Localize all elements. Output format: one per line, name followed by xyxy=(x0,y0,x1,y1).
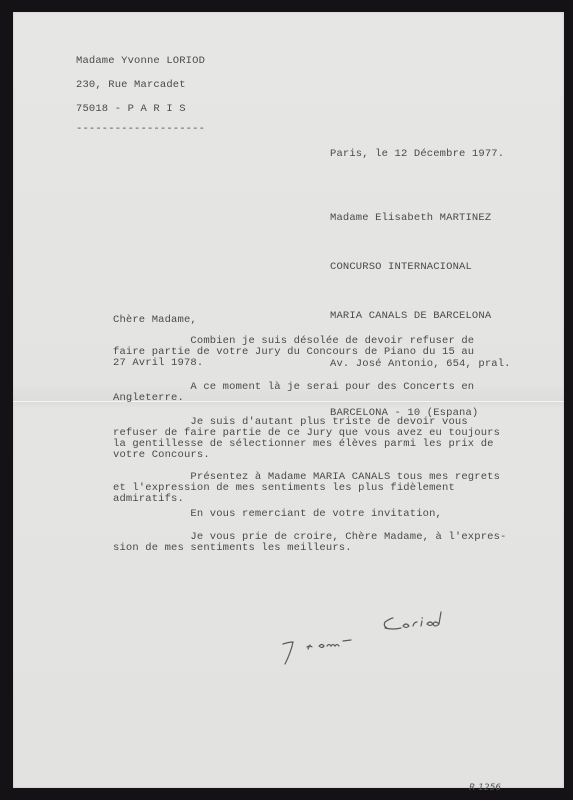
body-paragraph: Je vous prie de croire, Chère Madame, à … xyxy=(113,532,507,554)
body-paragraph: Je suis d'autant plus triste de devoir v… xyxy=(113,417,500,461)
sender-address-block: Madame Yvonne LORIOD230, Rue Marcadet750… xyxy=(76,49,205,141)
recipient-line: CONCURSO INTERNACIONAL xyxy=(330,259,511,275)
recipient-address-block: Madame Elisabeth MARTINEZ CONCURSO INTER… xyxy=(330,178,511,453)
sender-rule: -------------------- xyxy=(76,117,205,141)
recipient-line: Madame Elisabeth MARTINEZ xyxy=(330,210,511,226)
body-paragraph: A ce moment là je serai pour des Concert… xyxy=(113,382,474,404)
body-paragraph: En vous remerciant de votre invitation, xyxy=(113,509,442,520)
letter-page: Madame Yvonne LORIOD230, Rue Marcadet750… xyxy=(13,12,564,788)
sender-street: 230, Rue Marcadet xyxy=(76,73,205,97)
recipient-line: MARIA CANALS DE BARCELONA xyxy=(330,308,511,324)
body-paragraph: Présentez à Madame MARIA CANALS tous mes… xyxy=(113,472,500,505)
archive-reference: R 1256 xyxy=(469,783,501,793)
date-line: Paris, le 12 Décembre 1977. xyxy=(330,149,504,160)
salutation: Chère Madame, xyxy=(113,315,197,326)
sender-name: Madame Yvonne LORIOD xyxy=(76,49,205,73)
handwritten-signature: Yvonne Loriod xyxy=(263,602,463,672)
body-paragraph: Combien je suis désolée de devoir refuse… xyxy=(113,336,474,369)
